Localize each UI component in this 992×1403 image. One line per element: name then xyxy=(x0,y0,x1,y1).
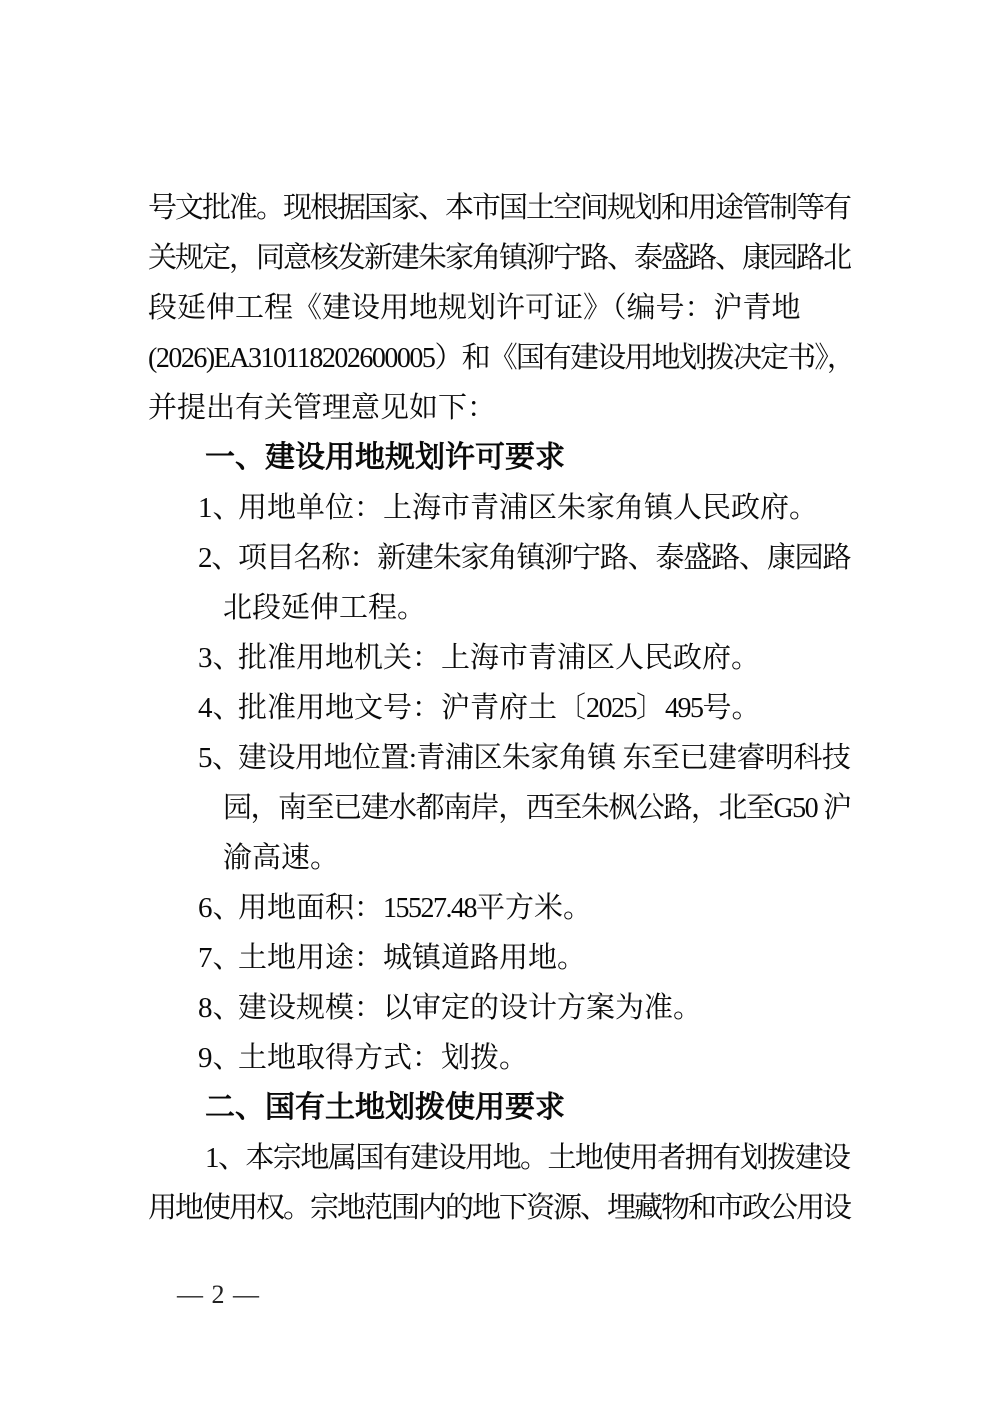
item-number: 1、 xyxy=(198,483,238,533)
list-item: 7、土地用途：城镇道路用地。 xyxy=(148,933,850,983)
document-body: 号文批准。现根据国家、本市国土空间规划和用途管制等有关规定，同意核发新建朱家角镇… xyxy=(148,183,850,1233)
item-number: 2、 xyxy=(198,533,238,583)
item-line: 5、建设用地位置:青浦区朱家角镇 东至已建睿明科技 xyxy=(198,733,850,783)
item-line: 4、批准用地文号：沪青府土〔2025〕495号。 xyxy=(198,683,850,733)
item-text: 用地面积：15527.48平方米。 xyxy=(238,892,592,924)
section-heading-number: 一、 xyxy=(205,433,265,483)
list-item: 9、土地取得方式：划拨。 xyxy=(148,1033,850,1083)
section-heading-number: 二、 xyxy=(205,1083,265,1133)
list-item: 2、项目名称：新建朱家角镇泖宁路、泰盛路、康园路北段延伸工程。 xyxy=(148,533,850,633)
item-text: 项目名称：新建朱家角镇泖宁路、泰盛路、康园路 xyxy=(238,542,850,574)
list-item: 3、批准用地机关：上海市青浦区人民政府。 xyxy=(148,633,850,683)
sections-container: 一、建设用地规划许可要求1、用地单位：上海市青浦区朱家角镇人民政府。2、项目名称… xyxy=(148,433,850,1233)
list-item: 6、用地面积：15527.48平方米。 xyxy=(148,883,850,933)
latin-run: 495 xyxy=(665,693,703,724)
item-line: 8、建设规模：以审定的设计方案为准。 xyxy=(198,983,850,1033)
item-line: 3、批准用地机关：上海市青浦区人民政府。 xyxy=(198,633,850,683)
intro-line: (2026)EA310118202600005）和《国有建设用地划拨决定书》， xyxy=(148,333,850,383)
section-heading-title: 建设用地规划许可要求 xyxy=(265,441,565,474)
page-number: — 2 — xyxy=(177,1277,260,1313)
item-line: 9、土地取得方式：划拨。 xyxy=(198,1033,850,1083)
item-number: 8、 xyxy=(198,983,238,1033)
item-text: 土地用途：城镇道路用地。 xyxy=(238,942,586,974)
list-item: 1、用地单位：上海市青浦区朱家角镇人民政府。 xyxy=(148,483,850,533)
list-item: 8、建设规模：以审定的设计方案为准。 xyxy=(148,983,850,1033)
latin-run: G50 xyxy=(773,793,817,824)
intro-line: 号文批准。现根据国家、本市国土空间规划和用途管制等有 xyxy=(148,183,850,233)
latin-run: 15527.48 xyxy=(383,893,476,924)
paragraph-line: 用地使用权。宗地范围内的地下资源、埋藏物和市政公用设 xyxy=(148,1183,850,1233)
intro-line: 并提出有关管理意见如下： xyxy=(148,383,850,433)
item-text: 建设规模：以审定的设计方案为准。 xyxy=(238,992,702,1024)
item-line: 北段延伸工程。 xyxy=(223,583,850,633)
intro-line: 关规定，同意核发新建朱家角镇泖宁路、泰盛路、康园路北 xyxy=(148,233,850,283)
section-2: 二、国有土地划拨使用要求1、本宗地属国有建设用地。土地使用者拥有划拨建设用地使用… xyxy=(148,1083,850,1233)
item-number: 5、 xyxy=(198,733,238,783)
item-line: 6、用地面积：15527.48平方米。 xyxy=(198,883,850,933)
list-item: 4、批准用地文号：沪青府土〔2025〕495号。 xyxy=(148,683,850,733)
item-line: 渝高速。 xyxy=(223,833,850,883)
section-heading: 二、国有土地划拨使用要求 xyxy=(205,1083,850,1133)
intro-line: 段延伸工程《建设用地规划许可证》（编号：沪青地 xyxy=(148,283,850,333)
item-text: 用地单位：上海市青浦区朱家角镇人民政府。 xyxy=(238,492,818,524)
section-heading-title: 国有土地划拨使用要求 xyxy=(265,1091,565,1124)
item-number: 4、 xyxy=(198,683,238,733)
intro-paragraph: 号文批准。现根据国家、本市国土空间规划和用途管制等有关规定，同意核发新建朱家角镇… xyxy=(148,183,850,433)
item-text: 批准用地机关：上海市青浦区人民政府。 xyxy=(238,642,760,674)
item-text: 批准用地文号：沪青府土〔2025〕495号。 xyxy=(238,692,761,724)
list-item: 5、建设用地位置:青浦区朱家角镇 东至已建睿明科技园，南至已建水都南岸，西至朱枫… xyxy=(148,733,850,883)
item-number: 6、 xyxy=(198,883,238,933)
item-number: 9、 xyxy=(198,1033,238,1083)
section-heading: 一、建设用地规划许可要求 xyxy=(205,433,850,483)
item-number: 7、 xyxy=(198,933,238,983)
item-text: 土地取得方式：划拨。 xyxy=(238,1042,528,1074)
item-line: 7、土地用途：城镇道路用地。 xyxy=(198,933,850,983)
item-number: 3、 xyxy=(198,633,238,683)
document-page: 号文批准。现根据国家、本市国土空间规划和用途管制等有关规定，同意核发新建朱家角镇… xyxy=(0,0,992,1403)
latin-run: (2026)EA310118202600005 xyxy=(148,343,434,374)
item-text: 建设用地位置:青浦区朱家角镇 东至已建睿明科技 xyxy=(238,742,850,774)
latin-run: 2025 xyxy=(586,693,636,724)
item-line: 1、用地单位：上海市青浦区朱家角镇人民政府。 xyxy=(198,483,850,533)
section-1: 一、建设用地规划许可要求1、用地单位：上海市青浦区朱家角镇人民政府。2、项目名称… xyxy=(148,433,850,1083)
paragraph-line: 1、本宗地属国有建设用地。土地使用者拥有划拨建设 xyxy=(148,1133,850,1183)
item-line: 2、项目名称：新建朱家角镇泖宁路、泰盛路、康园路 xyxy=(198,533,850,583)
item-line: 园，南至已建水都南岸，西至朱枫公路，北至G50 沪 xyxy=(223,783,850,833)
